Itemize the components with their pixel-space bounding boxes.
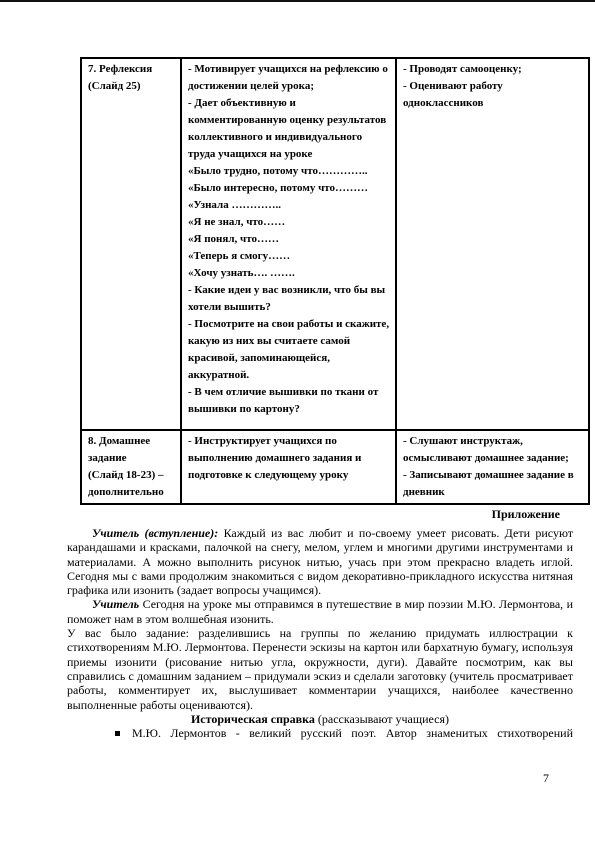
cell-line: 7. Рефлексия xyxy=(88,61,176,78)
cell-line: «Было интересно, потому что……… xyxy=(188,180,391,197)
cell-line: - Посмотрите на свои работы и скажите, к… xyxy=(188,316,391,384)
cell-line: «Я понял, что…… xyxy=(188,231,391,248)
teacher-journey-lead: Учитель xyxy=(92,597,139,611)
cell-line: - Инструктирует учащихся по выполнению д… xyxy=(188,433,391,484)
cell-line: «Было трудно, потому что………….. xyxy=(188,163,391,180)
cell-line: - Мотивирует учащихся на рефлексию о дос… xyxy=(188,61,391,95)
table-row-reflection: 7. Рефлексия(Слайд 25) - Мотивирует учащ… xyxy=(81,58,589,430)
appendix-body: Учитель (вступление): Каждый из вас люби… xyxy=(67,526,573,740)
cell-line: «Теперь я смогу…… xyxy=(188,248,391,265)
document-page: 7. Рефлексия(Слайд 25) - Мотивирует учащ… xyxy=(0,0,595,842)
cell-line: - Оценивают работу одноклассников xyxy=(403,78,584,112)
cell-line: - Какие идеи у вас возникли, что бы вы х… xyxy=(188,282,391,316)
students-actions-cell: - Слушают инструктаж, осмысливают домашн… xyxy=(396,430,589,504)
appendix-label: Приложение xyxy=(67,507,560,522)
square-bullet-icon xyxy=(115,731,120,736)
cell-line: - Проводят самооценку; xyxy=(403,61,584,78)
paragraph-homework-review: У вас было задание: разделившись на груп… xyxy=(67,626,573,712)
teacher-actions-cell: - Инструктирует учащихся по выполнению д… xyxy=(181,430,396,504)
cell-line: «Узнала ………….. xyxy=(188,197,391,214)
teacher-intro-lead: Учитель (вступление): xyxy=(92,526,218,540)
cell-line: (Слайд 18-23) – дополнительно xyxy=(88,467,176,501)
cell-line: «Я не знал, что…… xyxy=(188,214,391,231)
cell-line: - Слушают инструктаж, осмысливают домашн… xyxy=(403,433,584,467)
cell-line: (Слайд 25) xyxy=(88,78,176,95)
cell-line: - В чем отличие вышивки по ткани от выши… xyxy=(188,384,391,418)
cell-line: «Хочу узнать…. ……. xyxy=(188,265,391,282)
teacher-journey-text: Сегодня на уроке мы отправимся в путешес… xyxy=(67,597,573,625)
stage-cell: 8. Домашнее задание(Слайд 18-23) – допол… xyxy=(81,430,181,504)
paragraph-teacher-journey: Учитель Сегодня на уроке мы отправимся в… xyxy=(67,597,573,626)
table-row-homework: 8. Домашнее задание(Слайд 18-23) – допол… xyxy=(81,430,589,504)
stage-cell: 7. Рефлексия(Слайд 25) xyxy=(81,58,181,430)
paragraph-teacher-intro: Учитель (вступление): Каждый из вас люби… xyxy=(67,526,573,597)
list-item: М.Ю. Лермонтов - великий русский поэт. А… xyxy=(115,726,573,740)
list-item-text: М.Ю. Лермонтов - великий русский поэт. А… xyxy=(132,726,573,740)
cell-line: - Дает объективную и комментированную оц… xyxy=(188,95,391,163)
cell-line: 8. Домашнее задание xyxy=(88,433,176,467)
historical-note-heading-rest: (рассказывают учащиеся) xyxy=(315,712,449,726)
teacher-actions-cell: - Мотивирует учащихся на рефлексию о дос… xyxy=(181,58,396,430)
students-actions-cell: - Проводят самооценку;- Оценивают работу… xyxy=(396,58,589,430)
cell-line: - Записывают домашнее задание в дневник xyxy=(403,467,584,501)
page-number: 7 xyxy=(543,771,549,786)
lesson-plan-table: 7. Рефлексия(Слайд 25) - Мотивирует учащ… xyxy=(80,57,590,505)
historical-note-heading: Историческая справка (рассказывают учащи… xyxy=(67,712,573,726)
historical-note-heading-bold: Историческая справка xyxy=(191,712,315,726)
